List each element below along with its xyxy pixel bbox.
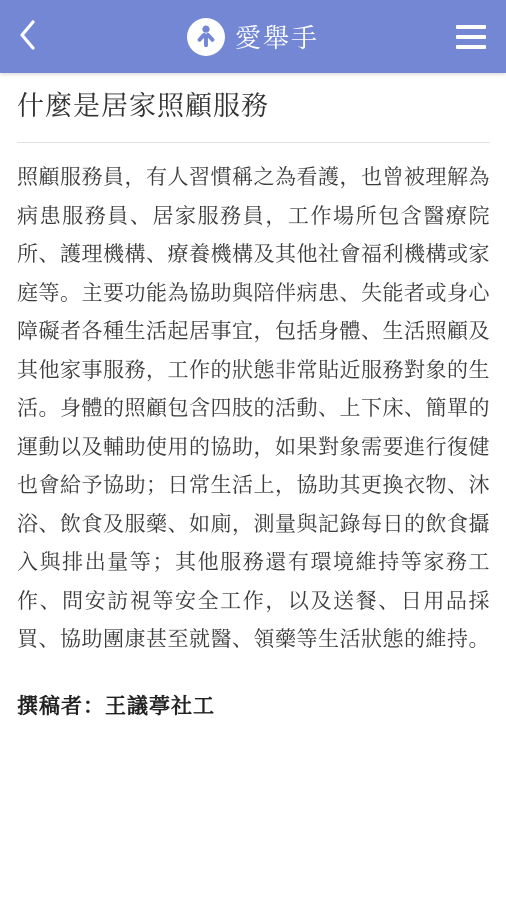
article-byline: 撰稿者：王議葶社工 <box>17 690 490 720</box>
hamburger-menu-icon <box>456 25 486 29</box>
back-button[interactable] <box>18 17 54 57</box>
article-title: 什麼是居家照顧服務 <box>17 87 490 126</box>
title-divider <box>17 142 490 143</box>
header-brand: 愛舉手 <box>187 18 319 56</box>
raised-hands-person-icon <box>187 18 225 56</box>
hamburger-menu-button[interactable] <box>456 21 488 53</box>
chevron-left-icon <box>18 19 38 54</box>
app-header: 愛舉手 <box>0 0 506 73</box>
article-page: 什麼是居家照顧服務 照顧服務員，有人習慣稱之為看護，也曾被理解為病患服務員、居家… <box>0 73 506 720</box>
app-title: 愛舉手 <box>235 18 319 55</box>
article-body: 照顧服務員，有人習慣稱之為看護，也曾被理解為病患服務員、居家服務員，工作場所包含… <box>17 159 490 660</box>
